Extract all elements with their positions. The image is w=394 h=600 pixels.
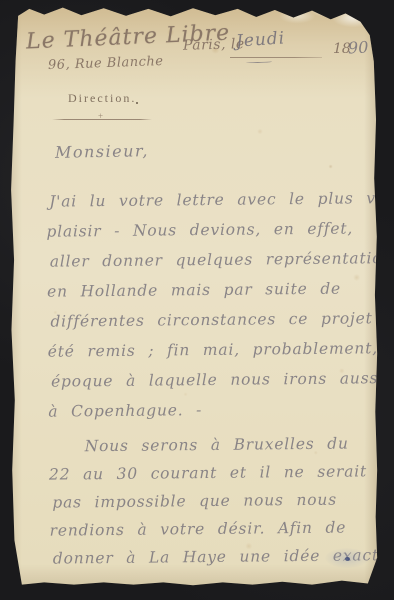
paper-speck [374, 17, 378, 21]
ornament-cross-icon: + [98, 111, 103, 121]
direction-ornament: + [52, 115, 152, 123]
photo-background: { "letterhead": { "name": "Le Théâtre Li… [0, 0, 394, 600]
paper-speck [372, 34, 375, 37]
handwritten-line: 22 au 30 courant et il ne serait [49, 457, 369, 488]
handwritten-line: été remis ; fin mai, probablement, [48, 333, 368, 366]
handwritten-line: J'ai lu votre lettre avec le plus vif [46, 183, 366, 216]
date-underline [230, 57, 322, 58]
pencil-smudge [325, 548, 369, 568]
paper-speck [136, 102, 138, 104]
handwritten-date-year: 90 [348, 37, 369, 57]
handwritten-line: différentes circonstances ce projet a [47, 303, 367, 336]
handwritten-line: aller donner quelques représentations [47, 243, 367, 276]
handwritten-date-underline [246, 61, 272, 64]
handwritten-line: à Copenhague. - [48, 393, 368, 426]
handwritten-date-day: Jeudi [235, 28, 285, 51]
letter-paper: Le Théâtre Libre 96, Rue Blanche Directi… [7, 3, 379, 587]
handwritten-line: en Hollande mais par suite de [47, 273, 367, 306]
salutation: Monsieur, [55, 141, 149, 162]
handwritten-line: plaisir - Nous devions, en effet, [46, 213, 366, 246]
handwritten-line: Nous serons à Bruxelles du [49, 429, 369, 460]
handwritten-line: époque à laquelle nous irons aussi [48, 363, 368, 396]
handwritten-line: rendions à votre désir. Afin de [49, 513, 369, 544]
handwritten-line: donner à La Haye une idée exacte et [50, 541, 370, 572]
theatre-address: 96, Rue Blanche [48, 54, 164, 73]
letter-body: J'ai lu votre lettre avec le plus vif pl… [46, 183, 370, 572]
direction-label: Direction. [68, 91, 136, 106]
handwritten-line: pas impossible que nous nous [49, 485, 369, 516]
